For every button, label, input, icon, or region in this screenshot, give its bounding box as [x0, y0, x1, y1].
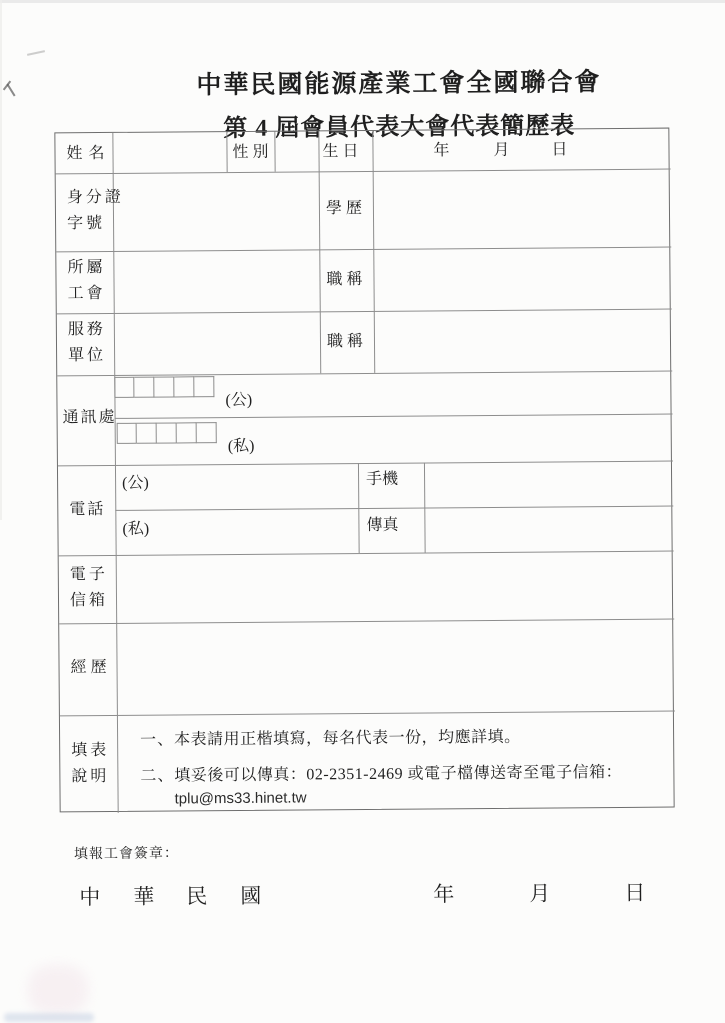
roc-year-label: 年: [433, 878, 454, 908]
fax-label: 傳真: [366, 513, 398, 539]
org-title: 中華民國能源產業工會全國聯合會: [189, 62, 609, 101]
roc-month-label: 月: [529, 878, 550, 908]
employer-label: 服務 單位: [68, 317, 106, 369]
union-seal-label: 填報工會簽章：: [74, 842, 179, 863]
address-home-label: (私): [228, 434, 255, 460]
address-home-field: [288, 415, 672, 463]
note-2-index: 二、: [140, 764, 174, 787]
postal-box: [134, 377, 154, 398]
scanned-form-page: 中華民國能源產業工會全國聯合會 第 4 屆會員代表大會代表簡歷表 姓: [0, 0, 725, 1023]
id-number-field: [114, 172, 319, 250]
phone-office-label: (公): [122, 471, 149, 497]
union-label: 所屬 工會: [67, 255, 105, 307]
postal-box: [197, 422, 217, 443]
roc-char: 民: [186, 880, 207, 910]
roc-char: 國: [240, 880, 261, 910]
name-label: 姓名: [66, 141, 110, 167]
phone-home-label: (私): [122, 517, 149, 543]
birthday-year-label: 年: [433, 138, 449, 164]
note-2-text: 填妥後可以傳真：02-2351-2469 或電子檔傳送寄至電子信箱：: [174, 761, 622, 788]
postal-box: [137, 423, 157, 444]
name-field: [113, 133, 225, 172]
employer-title-field: [375, 310, 671, 372]
form-sheet: 中華民國能源產業工會全國聯合會 第 4 屆會員代表大會代表簡歷表 姓: [0, 0, 725, 1023]
email-label: 電子 信箱: [70, 562, 108, 614]
postal-box: [174, 376, 194, 397]
postal-box: [177, 422, 197, 443]
grid-line-v: [226, 132, 227, 172]
postal-box: [194, 376, 214, 397]
birthday-label: 生日: [322, 139, 362, 165]
employer-title-label: 職稱: [327, 329, 367, 355]
fax-field: [425, 507, 672, 552]
postal-code-boxes-home: [117, 422, 217, 444]
birthday-day-label: 日: [551, 137, 567, 163]
address-office-field: [287, 372, 671, 416]
email-field: [117, 552, 674, 622]
employer-field: [115, 312, 319, 374]
gender-label: 性別: [232, 140, 272, 166]
mobile-field: [425, 462, 672, 507]
postal-code-boxes-office: [114, 376, 214, 398]
union-field: [114, 250, 318, 312]
roc-char: 中: [79, 881, 100, 911]
phone-label: 電話: [69, 497, 105, 523]
union-title-label: 職稱: [326, 267, 366, 293]
postal-box: [114, 377, 134, 398]
postal-box: [154, 376, 174, 397]
roc-date-line: 中 華 民 國 年 月 日: [3, 876, 725, 912]
note-1-text: 本表請用正楷填寫，每名代表一份，均應詳填。: [174, 726, 521, 752]
roc-day-label: 日: [624, 877, 645, 907]
education-field: [374, 170, 671, 248]
note-email-text: tplu@ms33.hinet.tw: [175, 789, 307, 807]
gender-field: [275, 132, 317, 170]
notes-label: 填表 說明: [71, 738, 109, 790]
education-label: 學歷: [326, 196, 366, 222]
postal-box: [157, 422, 177, 443]
postal-box: [117, 423, 137, 444]
birthday-month-label: 月: [493, 138, 509, 164]
experience-field: [117, 620, 674, 714]
address-office-label: (公): [225, 388, 252, 414]
experience-label: 經歷: [70, 655, 110, 681]
resume-table: 姓名 性別 生日 年 月 日 身分證 字號 學歷 所屬 工會 職稱 服務 單位 …: [54, 128, 674, 813]
address-label: 通訊處: [62, 405, 116, 431]
mobile-label: 手機: [366, 467, 398, 493]
union-title-field: [374, 248, 670, 310]
roc-char: 華: [133, 881, 154, 911]
note-item-2: 二、 填妥後可以傳真：02-2351-2469 或電子檔傳送寄至電子信箱：: [140, 761, 665, 788]
note-item-1: 一、 本表請用正楷填寫，每名代表一份，均應詳填。: [140, 725, 665, 752]
note-1-index: 一、: [140, 728, 174, 751]
